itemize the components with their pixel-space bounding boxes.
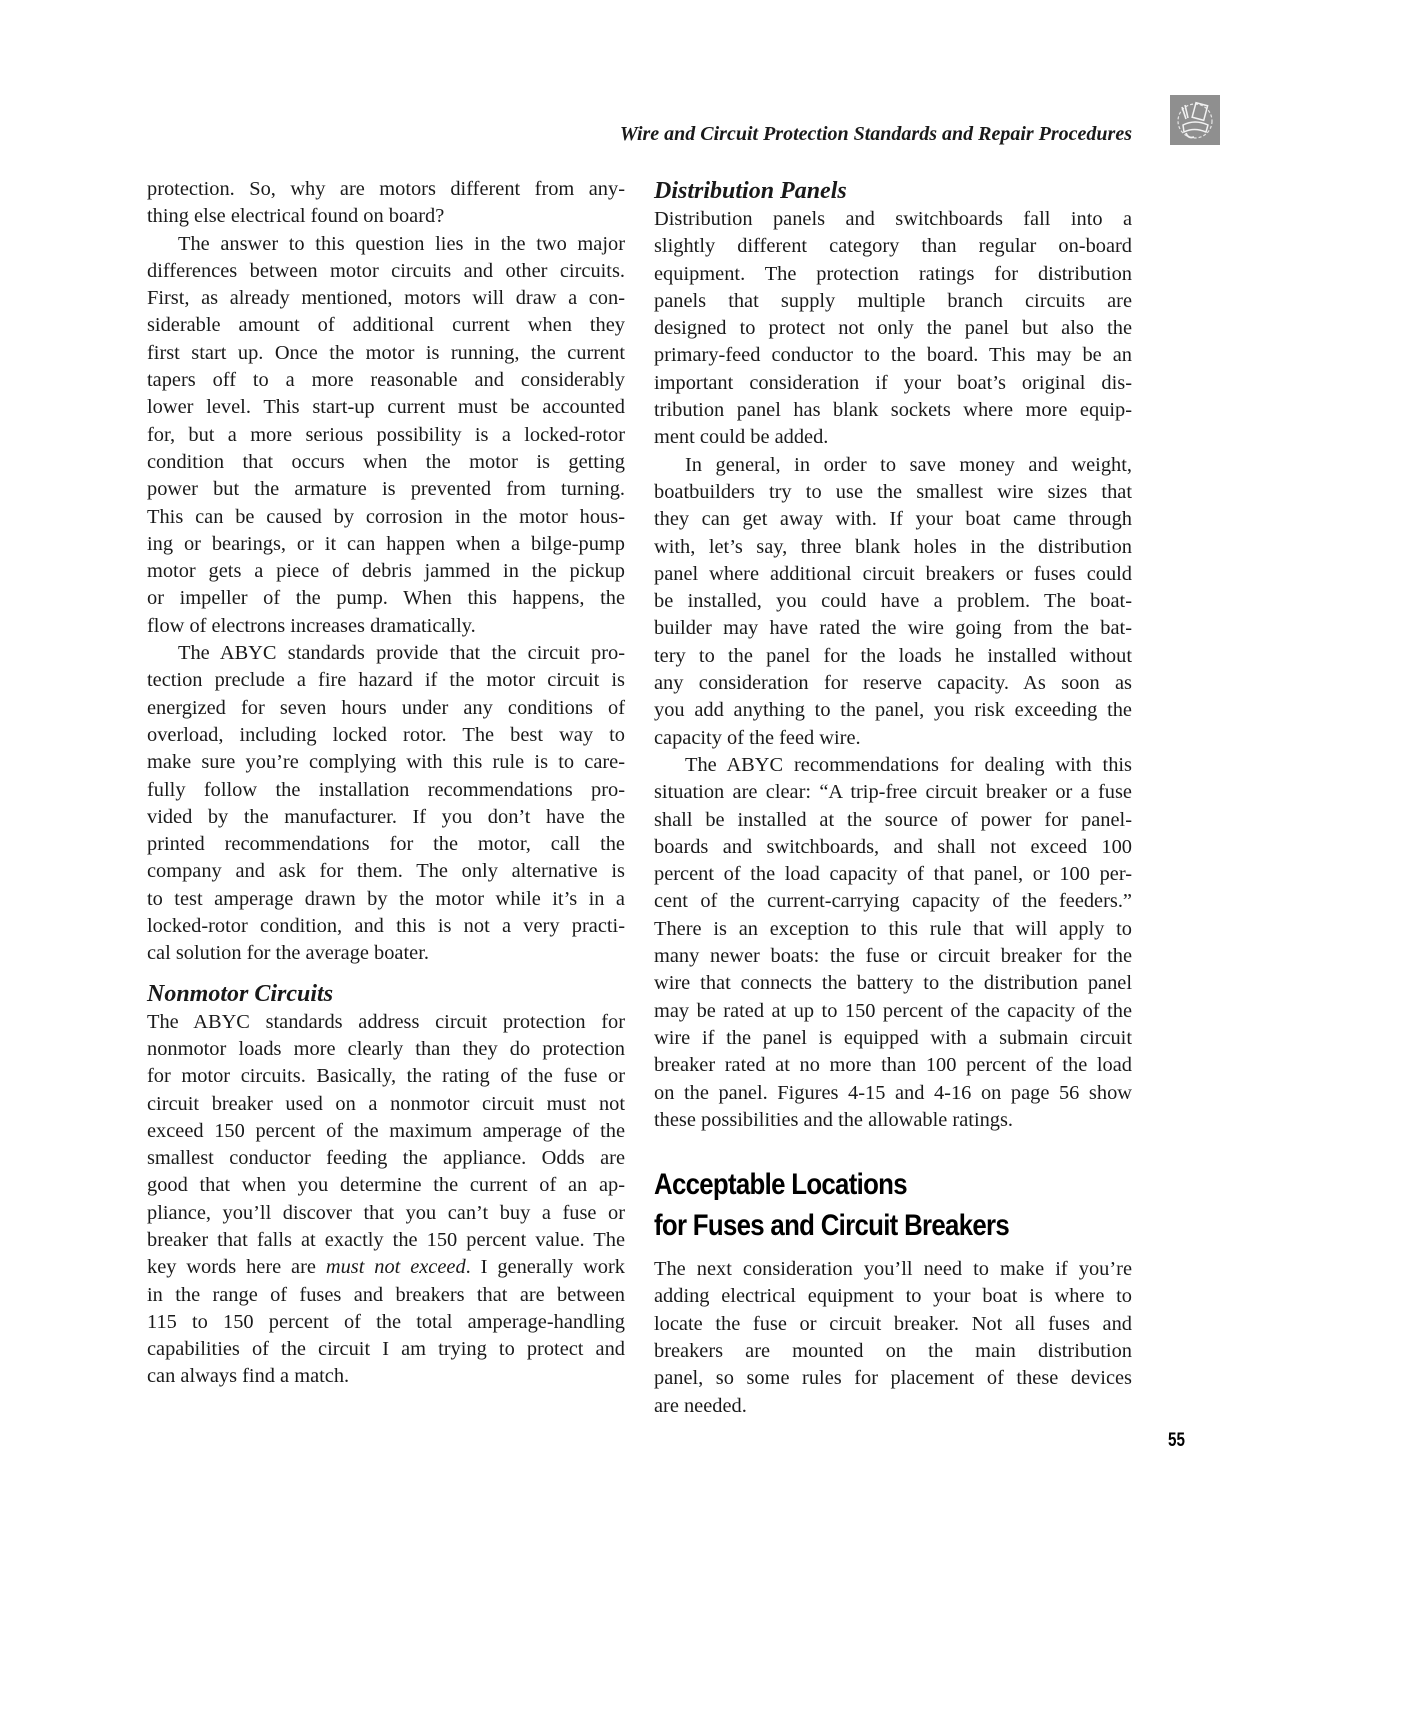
text-line: There is an exception to this rule that …	[654, 916, 1132, 943]
text-line: in the range of fuses and breakers that …	[147, 1282, 625, 1309]
text-line: can always find a match.	[147, 1363, 625, 1390]
paragraph: In general, in order to save money and w…	[654, 452, 1132, 752]
text-line: primary-feed conductor to the board. Thi…	[654, 342, 1132, 369]
text-line: overload, including locked rotor. The be…	[147, 722, 625, 749]
text-run: key words here are	[147, 1256, 326, 1278]
text-line: panel where additional circuit breakers …	[654, 561, 1132, 588]
text-line: The ABYC standards address circuit prote…	[147, 1009, 625, 1036]
text-line: thing else electrical found on board?	[147, 203, 625, 230]
text-line: or impeller of the pump. When this happe…	[147, 585, 625, 612]
paragraph: The answer to this question lies in the …	[147, 231, 625, 640]
text-line: capacity of the feed wire.	[654, 725, 1132, 752]
text-line: In general, in order to save money and w…	[654, 452, 1132, 479]
paragraph: The ABYC standards address circuit prote…	[147, 1009, 625, 1391]
text-line-with-emphasis: key words here are must not exceed. I ge…	[147, 1254, 625, 1281]
text-line: cent of the current-carrying capacity of…	[654, 888, 1132, 915]
text-line: designed to protect not only the panel b…	[654, 315, 1132, 342]
text-line: equipment. The protection ratings for di…	[654, 261, 1132, 288]
text-line: exceed 150 percent of the maximum ampera…	[147, 1118, 625, 1145]
text-line: be installed, you could have a problem. …	[654, 588, 1132, 615]
text-line: condition that occurs when the motor is …	[147, 449, 625, 476]
emphasis-must-not-exceed: must not exceed	[326, 1256, 466, 1278]
text-line: panel, so some rules for placement of th…	[654, 1365, 1132, 1392]
page-number: 55	[1168, 1430, 1185, 1452]
text-line: capabilities of the circuit I am trying …	[147, 1336, 625, 1363]
text-line: make sure you’re complying with this rul…	[147, 749, 625, 776]
text-line: differences between motor circuits and o…	[147, 258, 625, 285]
text-line: may be rated at up to 150 percent of the…	[654, 998, 1132, 1025]
tools-illustration-icon	[1174, 99, 1216, 141]
text-line: circuit breaker used on a nonmotor circu…	[147, 1091, 625, 1118]
text-line: pliance, you’ll discover that you can’t …	[147, 1200, 625, 1227]
text-line: tribution panel has blank sockets where …	[654, 397, 1132, 424]
text-line: vided by the manufacturer. If you don’t …	[147, 804, 625, 831]
text-line: wire that connects the battery to the di…	[654, 970, 1132, 997]
right-column: Distribution Panels Distribution panels …	[654, 178, 1132, 1420]
text-line: panels that supply multiple branch circu…	[654, 288, 1132, 315]
text-line: power but the armature is prevented from…	[147, 476, 625, 503]
text-line: many newer boats: the fuse or circuit br…	[654, 943, 1132, 970]
text-line: locked-rotor condition, and this is not …	[147, 913, 625, 940]
text-line: lower level. This start-up current must …	[147, 394, 625, 421]
section-heading-acceptable-locations: Acceptable Locations for Fuses and Circu…	[654, 1164, 1132, 1246]
text-line: breaker that falls at exactly the 150 pe…	[147, 1227, 625, 1254]
text-line: builder may have rated the wire going fr…	[654, 615, 1132, 642]
text-line: Distribution panels and switchboards fal…	[654, 206, 1132, 233]
text-line: are needed.	[654, 1393, 1132, 1420]
paragraph: protection. So, why are motors different…	[147, 176, 625, 231]
text-line: wire if the panel is equipped with a sub…	[654, 1025, 1132, 1052]
text-line: breakers are mounted on the main distrib…	[654, 1338, 1132, 1365]
text-line: tection preclude a fire hazard if the mo…	[147, 667, 625, 694]
text-line: ment could be added.	[654, 424, 1132, 451]
subheading-nonmotor-circuits: Nonmotor Circuits	[147, 979, 625, 1009]
text-line: 115 to 150 percent of the total amperage…	[147, 1309, 625, 1336]
text-line: First, as already mentioned, motors will…	[147, 285, 625, 312]
text-line: smallest conductor feeding the appliance…	[147, 1145, 625, 1172]
text-line: locate the fuse or circuit breaker. Not …	[654, 1311, 1132, 1338]
text-run: . I generally work	[466, 1256, 625, 1278]
text-line: on the panel. Figures 4-15 and 4-16 on p…	[654, 1080, 1132, 1107]
text-line: shall be installed at the source of powe…	[654, 807, 1132, 834]
subheading-distribution-panels: Distribution Panels	[654, 176, 1132, 206]
text-line: protection. So, why are motors different…	[147, 176, 625, 203]
text-line: these possibilities and the allowable ra…	[654, 1107, 1132, 1134]
text-line: boards and switchboards, and shall not e…	[654, 834, 1132, 861]
text-line: This can be caused by corrosion in the m…	[147, 504, 625, 531]
text-line: slightly different category than regular…	[654, 233, 1132, 260]
text-line: percent of the load capacity of that pan…	[654, 861, 1132, 888]
left-column: protection. So, why are motors different…	[147, 176, 625, 1391]
text-line: ing or bearings, or it can happen when a…	[147, 531, 625, 558]
text-line: nonmotor loads more clearly than they do…	[147, 1036, 625, 1063]
paragraph: The next consideration you’ll need to ma…	[654, 1256, 1132, 1420]
text-line: breaker rated at no more than 100 percen…	[654, 1052, 1132, 1079]
text-line: printed recommendations for the motor, c…	[147, 831, 625, 858]
text-line: for motor circuits. Basically, the ratin…	[147, 1063, 625, 1090]
text-line: The answer to this question lies in the …	[147, 231, 625, 258]
text-line: tapers off to a more reasonable and cons…	[147, 367, 625, 394]
text-line: with, let’s say, three blank holes in th…	[654, 534, 1132, 561]
text-line: The ABYC standards provide that the circ…	[147, 640, 625, 667]
text-line: situation are clear: “A trip-free circui…	[654, 779, 1132, 806]
paragraph: The ABYC standards provide that the circ…	[147, 640, 625, 968]
text-line: you add anything to the panel, you risk …	[654, 697, 1132, 724]
text-line: company and ask for them. The only alter…	[147, 858, 625, 885]
text-line: cal solution for the average boater.	[147, 940, 625, 967]
text-line: motor gets a piece of debris jammed in t…	[147, 558, 625, 585]
text-line: good that when you determine the current…	[147, 1172, 625, 1199]
chapter-tools-icon	[1170, 95, 1220, 145]
text-line: important consideration if your boat’s o…	[654, 370, 1132, 397]
text-line: fully follow the installation recommenda…	[147, 777, 625, 804]
running-head: Wire and Circuit Protection Standards an…	[560, 123, 1132, 146]
text-line: tery to the panel for the loads he insta…	[654, 643, 1132, 670]
heading-line: Acceptable Locations	[654, 1164, 1065, 1205]
heading-line: for Fuses and Circuit Breakers	[654, 1205, 1065, 1246]
text-line: adding electrical equipment to your boat…	[654, 1283, 1132, 1310]
text-line: siderable amount of additional current w…	[147, 312, 625, 339]
text-line: The next consideration you’ll need to ma…	[654, 1256, 1132, 1283]
text-line: The ABYC recommendations for dealing wit…	[654, 752, 1132, 779]
text-line: boatbuilders try to use the smallest wir…	[654, 479, 1132, 506]
text-line: they can get away with. If your boat cam…	[654, 506, 1132, 533]
text-line: first start up. Once the motor is runnin…	[147, 340, 625, 367]
paragraph: The ABYC recommendations for dealing wit…	[654, 752, 1132, 1134]
text-line: energized for seven hours under any cond…	[147, 695, 625, 722]
text-line: to test amperage drawn by the motor whil…	[147, 886, 625, 913]
text-line: for, but a more serious possibility is a…	[147, 422, 625, 449]
text-line: flow of electrons increases dramatically…	[147, 613, 625, 640]
paragraph: Distribution panels and switchboards fal…	[654, 206, 1132, 452]
text-line: any consideration for reserve capacity. …	[654, 670, 1132, 697]
